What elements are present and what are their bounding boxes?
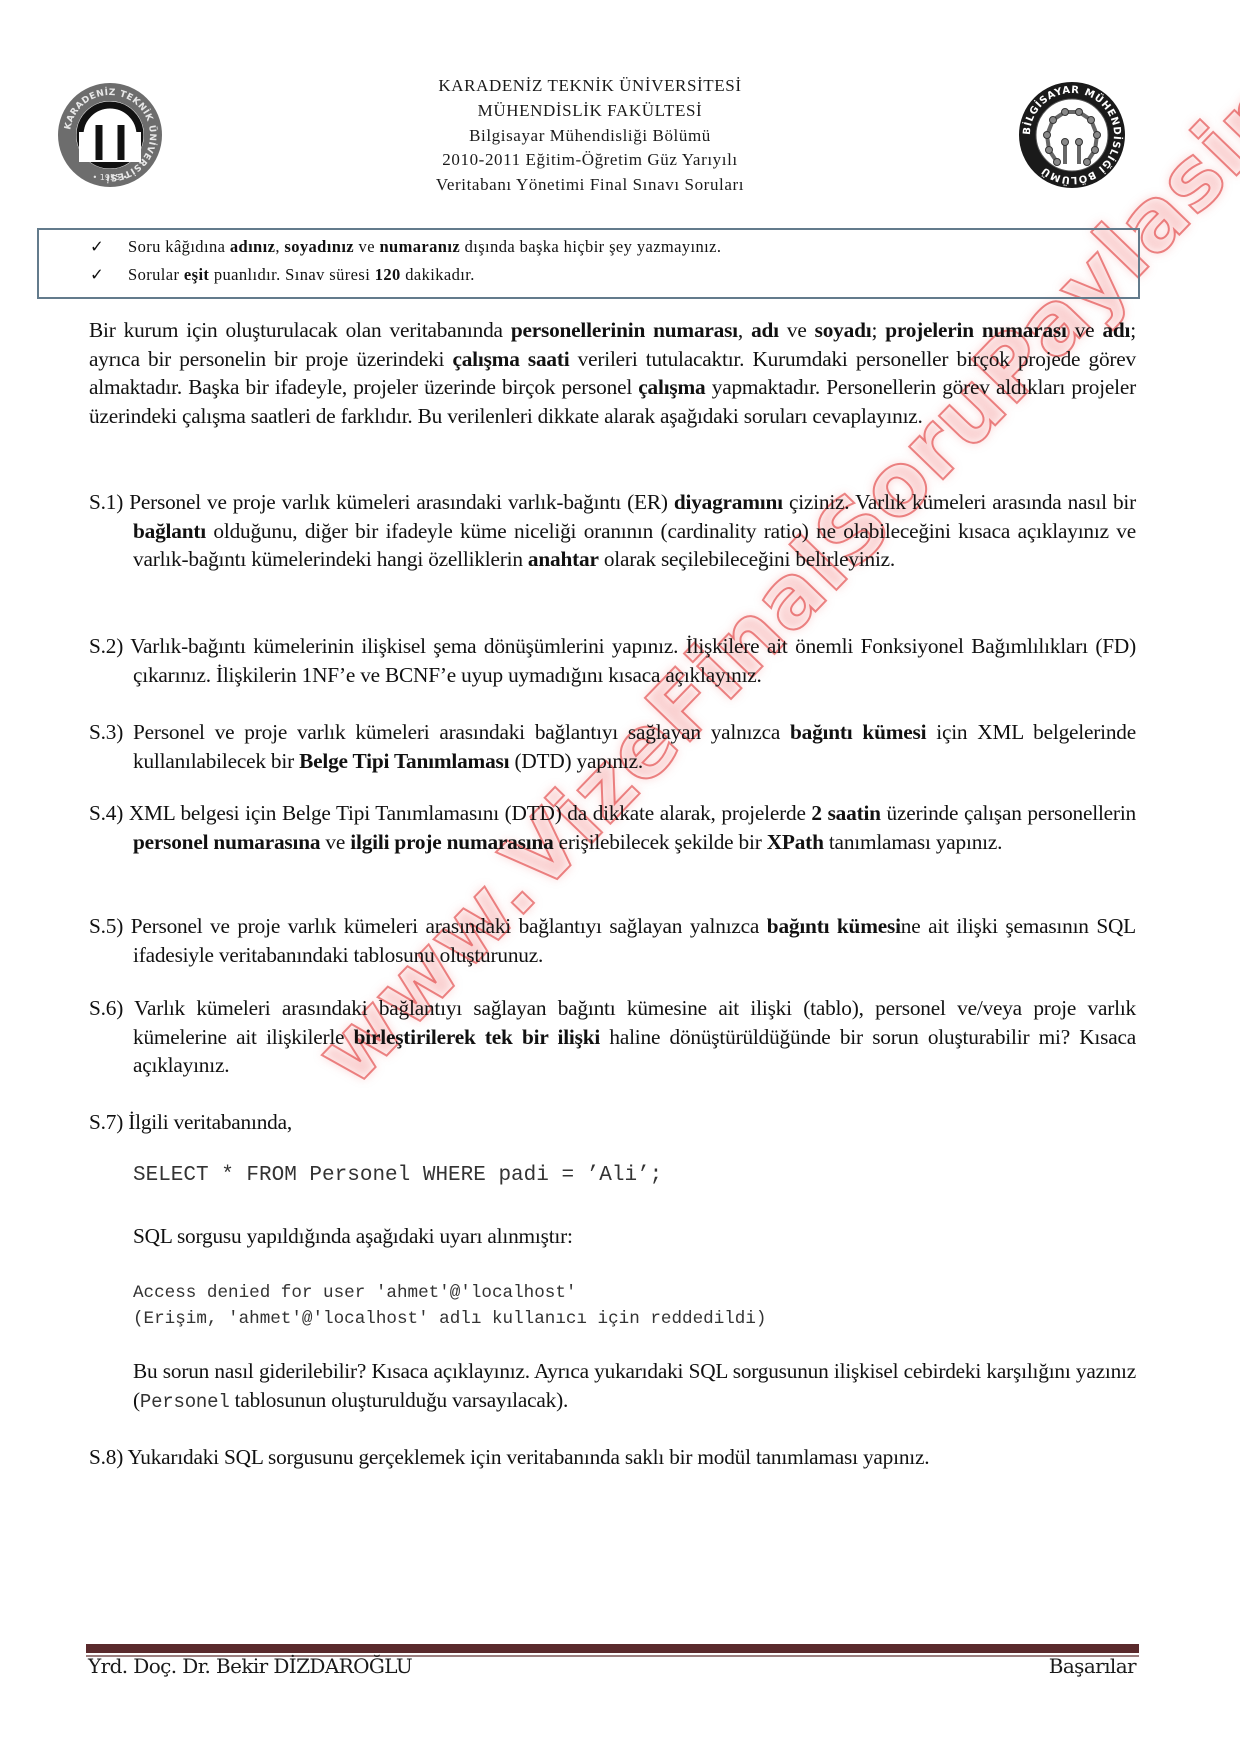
intro-paragraph: Bir kurum için oluşturulacak olan verita…: [89, 316, 1136, 431]
q7-followup: Bu sorun nasıl giderilebilir? Kısaca açı…: [133, 1357, 1136, 1416]
question-2: S.2) Varlık-bağıntı kümelerinin ilişkise…: [89, 632, 1136, 689]
exam-title: Veritabanı Yönetimi Final Sınavı Sorular…: [300, 175, 880, 195]
department-name: Bilgisayar Mühendisliği Bölümü: [300, 126, 880, 146]
q7-after-sql: SQL sorgusu yapıldığında aşağıdaki uyarı…: [133, 1222, 1136, 1251]
instruction-item: ✓Soru kâğıdına adınız, soyadınız ve numa…: [90, 237, 721, 257]
question-4: S.4) XML belgesi için Belge Tipi Tanımla…: [89, 799, 1136, 856]
footer-author: Yrd. Doç. Dr. Bekir DİZDAROĞLU: [88, 1654, 412, 1678]
question-1: S.1) Personel ve proje varlık kümeleri a…: [89, 488, 1136, 574]
checkmark-icon: ✓: [90, 265, 128, 285]
watermark: www.VizeFinalSoruPaylasimi.com: [297, 316, 1064, 1105]
department-logo-icon: BİLGİSAYAR MÜHENDİSLİĞİ BÖLÜMÜ: [1017, 80, 1127, 190]
footer-rule: [86, 1644, 1139, 1653]
svg-text:• 1955 •: • 1955 •: [93, 173, 128, 182]
error-message-line-1: Access denied for user 'ahmet'@'localhos…: [133, 1280, 576, 1306]
sql-query: SELECT * FROM Personel WHERE padi = ’Ali…: [133, 1164, 662, 1187]
question-5: S.5) Personel ve proje varlık kümeleri a…: [89, 912, 1136, 969]
university-name: KARADENİZ TEKNİK ÜNİVERSİTESİ: [300, 76, 880, 96]
question-6: S.6) Varlık kümeleri arasındaki bağlantı…: [89, 994, 1136, 1080]
instruction-item: ✓Sorular eşit puanlıdır. Sınav süresi 12…: [90, 265, 475, 285]
university-logo-icon: KARADENİZ TEKNİK ÜNİVERSİTESİ • 1955 •: [55, 80, 165, 190]
footer-closing: Başarılar: [1049, 1654, 1136, 1678]
error-message-line-2: (Erişim, 'ahmet'@'localhost' adlı kullan…: [133, 1306, 766, 1332]
faculty-name: MÜHENDİSLİK FAKÜLTESİ: [300, 101, 880, 121]
question-7: S.7) İlgili veritabanında,: [89, 1108, 1136, 1137]
term-label: 2010-2011 Eğitim-Öğretim Güz Yarıyılı: [300, 150, 880, 170]
question-3: S.3) Personel ve proje varlık kümeleri a…: [89, 718, 1136, 775]
question-8: S.8) Yukarıdaki SQL sorgusunu gerçekleme…: [89, 1443, 1136, 1472]
checkmark-icon: ✓: [90, 237, 128, 257]
